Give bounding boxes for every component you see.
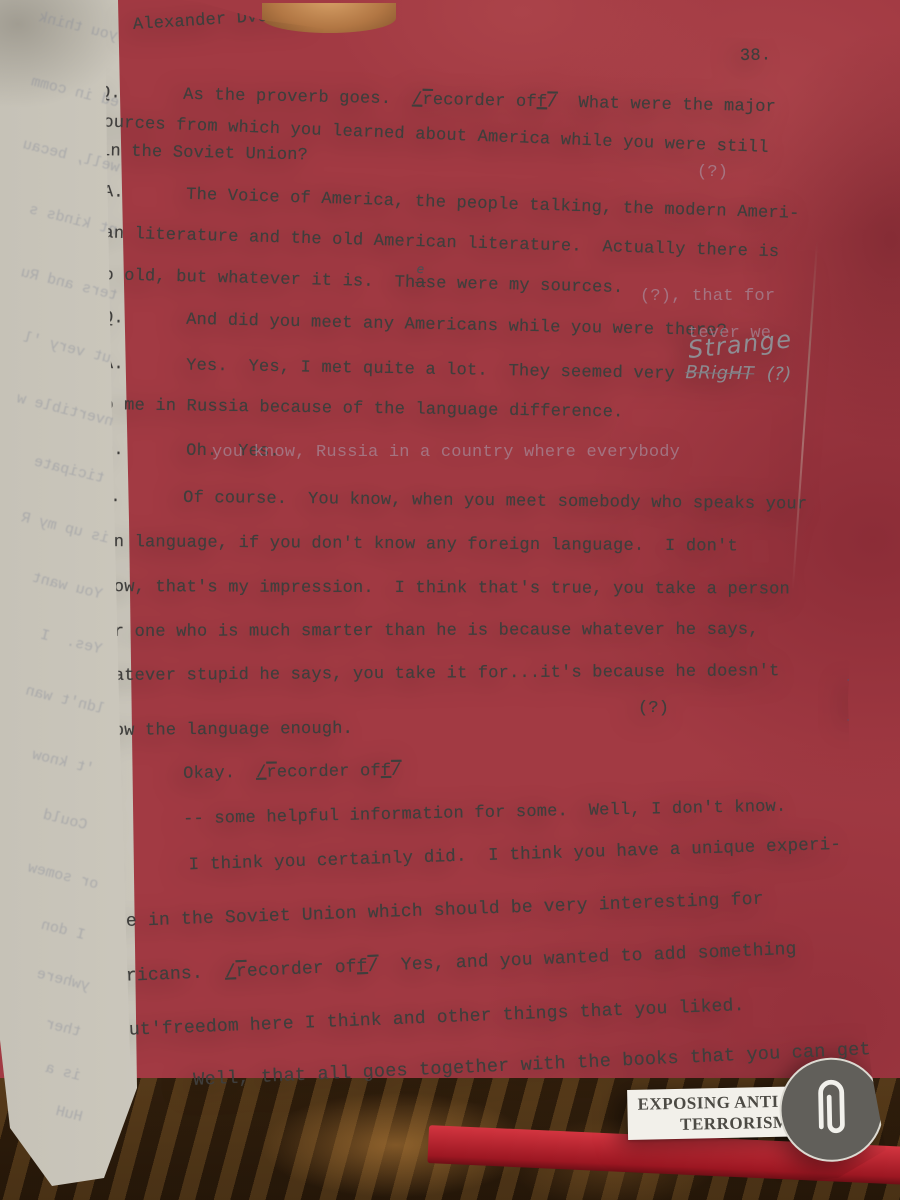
typed-segment: ecorder of bbox=[433, 91, 537, 112]
typed-line: to me in Russia because of the language … bbox=[93, 396, 624, 422]
typed-segment: r bbox=[266, 764, 277, 783]
typed-segment: se were my sources. bbox=[426, 274, 624, 298]
typed-segment: A. -- some helpful information for some.… bbox=[100, 798, 787, 831]
verso-line: I don bbox=[0, 907, 128, 955]
typed-line: Q. I think you certainly did. I think yo… bbox=[103, 835, 842, 878]
verso-line: is a bbox=[0, 1049, 128, 1097]
verso-line: ther bbox=[0, 1005, 128, 1053]
typed-line: can literature and the old American lite… bbox=[93, 224, 780, 262]
typed-segment: know the language enough. bbox=[93, 720, 353, 741]
correction-letter: e bbox=[417, 262, 425, 276]
typed-segment: r bbox=[422, 91, 433, 110]
typed-line: know, that's my impression. I think that… bbox=[93, 578, 790, 599]
typed-segment: / bbox=[547, 93, 558, 112]
typed-segment: to me in Russia because of the language … bbox=[93, 396, 624, 422]
typed-segment: can literature and the old American lite… bbox=[93, 224, 780, 262]
typed-line: for one who is much smarter than he is b… bbox=[93, 621, 759, 642]
typed-segment: tever we bbox=[688, 324, 771, 343]
paper-crease bbox=[792, 240, 818, 589]
typed-line: whatever stupid he says, you take it for… bbox=[93, 662, 780, 686]
typed-segment: no old, but whatever it is. Th bbox=[93, 266, 416, 293]
ghost-bleedthrough-line: (?) bbox=[697, 163, 728, 182]
typed-line: ence in the Soviet Union which should be… bbox=[93, 890, 764, 933]
typed-line: no old, but whatever it is. Thease were … bbox=[93, 266, 624, 298]
typed-segment: about'freedom here I think and other thi… bbox=[96, 996, 745, 1042]
handwritten-text: BRigHT bbox=[685, 362, 754, 384]
typed-segment: in the Soviet Union? bbox=[100, 142, 308, 165]
typed-segment: Q. As the proverb goes. bbox=[100, 84, 412, 110]
typed-segment: A. Of course. You know, when you meet so… bbox=[100, 488, 807, 514]
typed-segment: you know, Russia in a country where ever… bbox=[212, 443, 680, 462]
ghost-bleedthrough-line: (?), that for bbox=[640, 287, 775, 306]
typo-correction: ea bbox=[415, 274, 426, 293]
typed-segment: (?) bbox=[697, 163, 728, 182]
document-page: Alexander Dvorkin38.Q. As the proverb go… bbox=[0, 0, 900, 1200]
photo-scene: if you thinked in commwell, becaunt kind… bbox=[0, 0, 900, 1200]
verso-line: HuH bbox=[4, 1091, 134, 1139]
watermark-circle bbox=[778, 1057, 884, 1163]
watermark-line2: TERRORISM bbox=[680, 1112, 790, 1136]
typed-line: A. Of course. You know, when you meet so… bbox=[100, 488, 807, 514]
typed-segment: A. Yes. Yes, I met quite a lot. They see… bbox=[103, 355, 686, 384]
typed-line: own language, if you don't know any fore… bbox=[93, 533, 738, 557]
typed-segment: Q. Okay. bbox=[100, 764, 256, 785]
typed-line: 38. bbox=[740, 46, 772, 66]
typed-line: (?) bbox=[638, 699, 669, 718]
typed-segment: ecorder of bbox=[277, 762, 381, 782]
typed-line: Q. Okay. /recorder off/ bbox=[100, 762, 402, 785]
typed-line: Q. As the proverb goes. /recorder off/ W… bbox=[100, 84, 776, 117]
verso-line: Could bbox=[0, 797, 130, 845]
typed-line: know the language enough. bbox=[93, 720, 353, 741]
typed-segment: What were the major bbox=[557, 94, 776, 118]
typed-segment: / bbox=[225, 962, 237, 982]
typed-segment: ecorder of bbox=[247, 957, 358, 981]
verso-line: or somew bbox=[0, 853, 128, 901]
typed-segment: A. The Voice of America, the people talk… bbox=[103, 183, 800, 224]
typed-line: about'freedom here I think and other thi… bbox=[96, 996, 745, 1042]
ghost-bleedthrough-line: you know, Russia in a country where ever… bbox=[212, 443, 680, 462]
verso-line: nvertible w bbox=[0, 387, 130, 435]
typed-line: Americans. /recorder off/ Yes, and you w… bbox=[93, 940, 797, 988]
typed-segment: (?) bbox=[638, 699, 669, 718]
verso-line: Yes. I bbox=[6, 619, 136, 667]
typed-line: A. The Voice of America, the people talk… bbox=[103, 183, 800, 224]
typed-segment: f bbox=[381, 762, 392, 781]
verso-line: ldn't wan bbox=[0, 677, 130, 725]
typed-segment: Q. And did you meet any Americans while … bbox=[103, 309, 727, 341]
verso-line: You want bbox=[2, 563, 132, 611]
handwritten-text: (?) bbox=[754, 363, 792, 385]
typed-segment: whatever stupid he says, you take it for… bbox=[93, 662, 780, 686]
typed-segment: ence in the Soviet Union which should be… bbox=[93, 890, 764, 933]
paperclip-icon bbox=[803, 1071, 861, 1148]
typed-segment: Q. I think you certainly did. I think yo… bbox=[103, 835, 842, 878]
typed-segment: own language, if you don't know any fore… bbox=[93, 533, 738, 557]
typed-segment: know, that's my impression. I think that… bbox=[93, 578, 790, 599]
typed-segment: / bbox=[391, 762, 402, 781]
typed-segment: Yes, and you wanted to add something bbox=[378, 940, 797, 977]
typed-segment: for one who is much smarter than he is b… bbox=[93, 621, 759, 642]
verso-line: is up my R bbox=[0, 505, 130, 553]
typed-line: A. -- some helpful information for some.… bbox=[100, 798, 787, 831]
typed-segment: r bbox=[236, 962, 248, 982]
typed-line: in the Soviet Union? bbox=[100, 142, 308, 165]
verso-line: ywhere bbox=[0, 957, 128, 1005]
verso-line: 't know bbox=[0, 739, 128, 787]
ghost-bleedthrough-line: tever we bbox=[688, 324, 771, 343]
typed-line: Q. And did you meet any Americans while … bbox=[103, 309, 727, 341]
typed-segment: (?), that for bbox=[640, 287, 775, 306]
typed-segment: 38. bbox=[740, 46, 772, 66]
